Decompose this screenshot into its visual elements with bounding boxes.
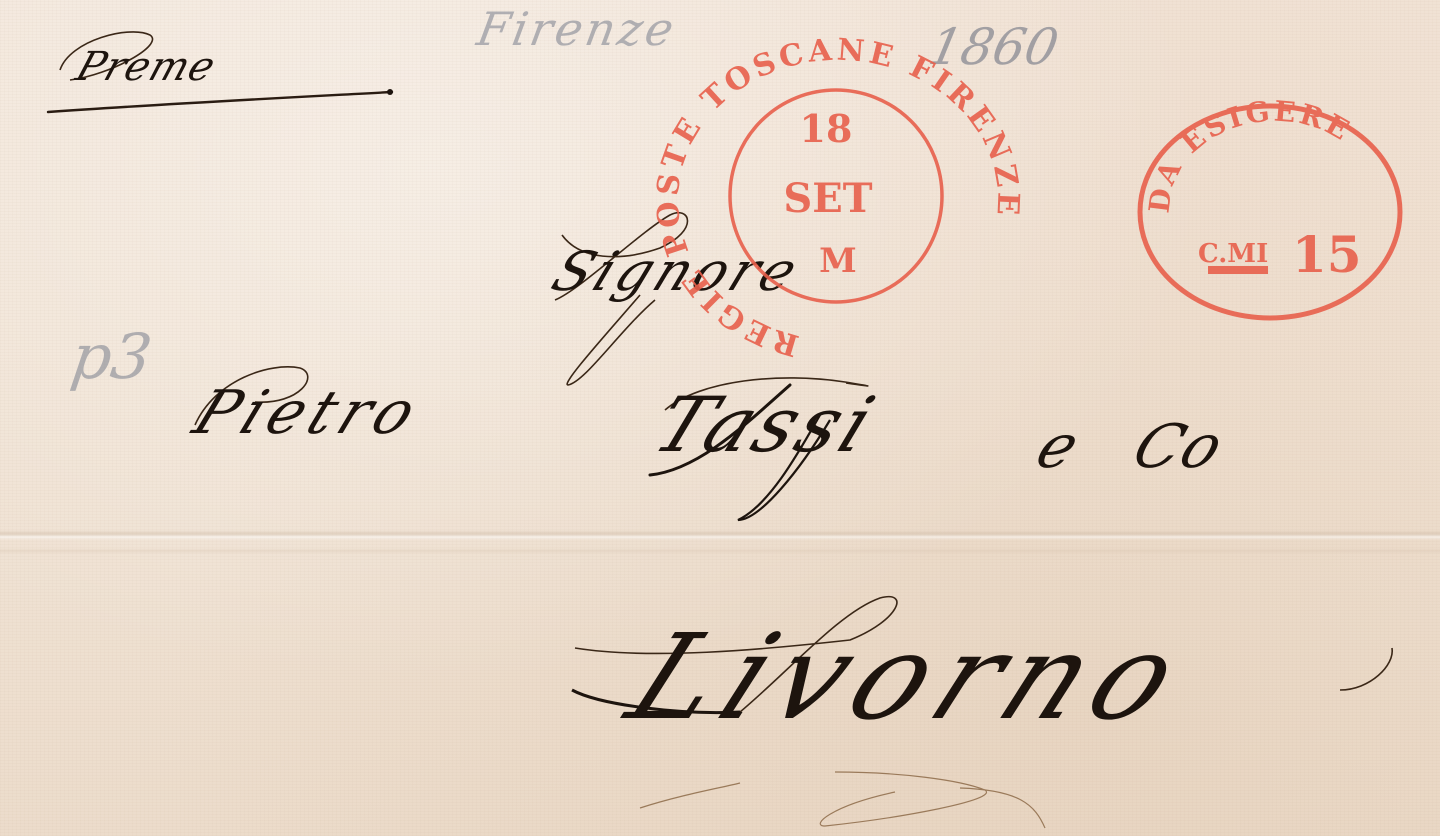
tax-postmark: DA ESIGERE C.MI 15 (0, 0, 1440, 836)
tax-postmark-amount: 15 (1292, 225, 1362, 284)
tax-postmark-currency: C.MI (1198, 239, 1268, 269)
tax-postmark-underline (1208, 266, 1268, 274)
tax-postmark-top-text: DA ESIGERE (1142, 94, 1357, 214)
svg-text:DA ESIGERE: DA ESIGERE (1142, 94, 1357, 214)
